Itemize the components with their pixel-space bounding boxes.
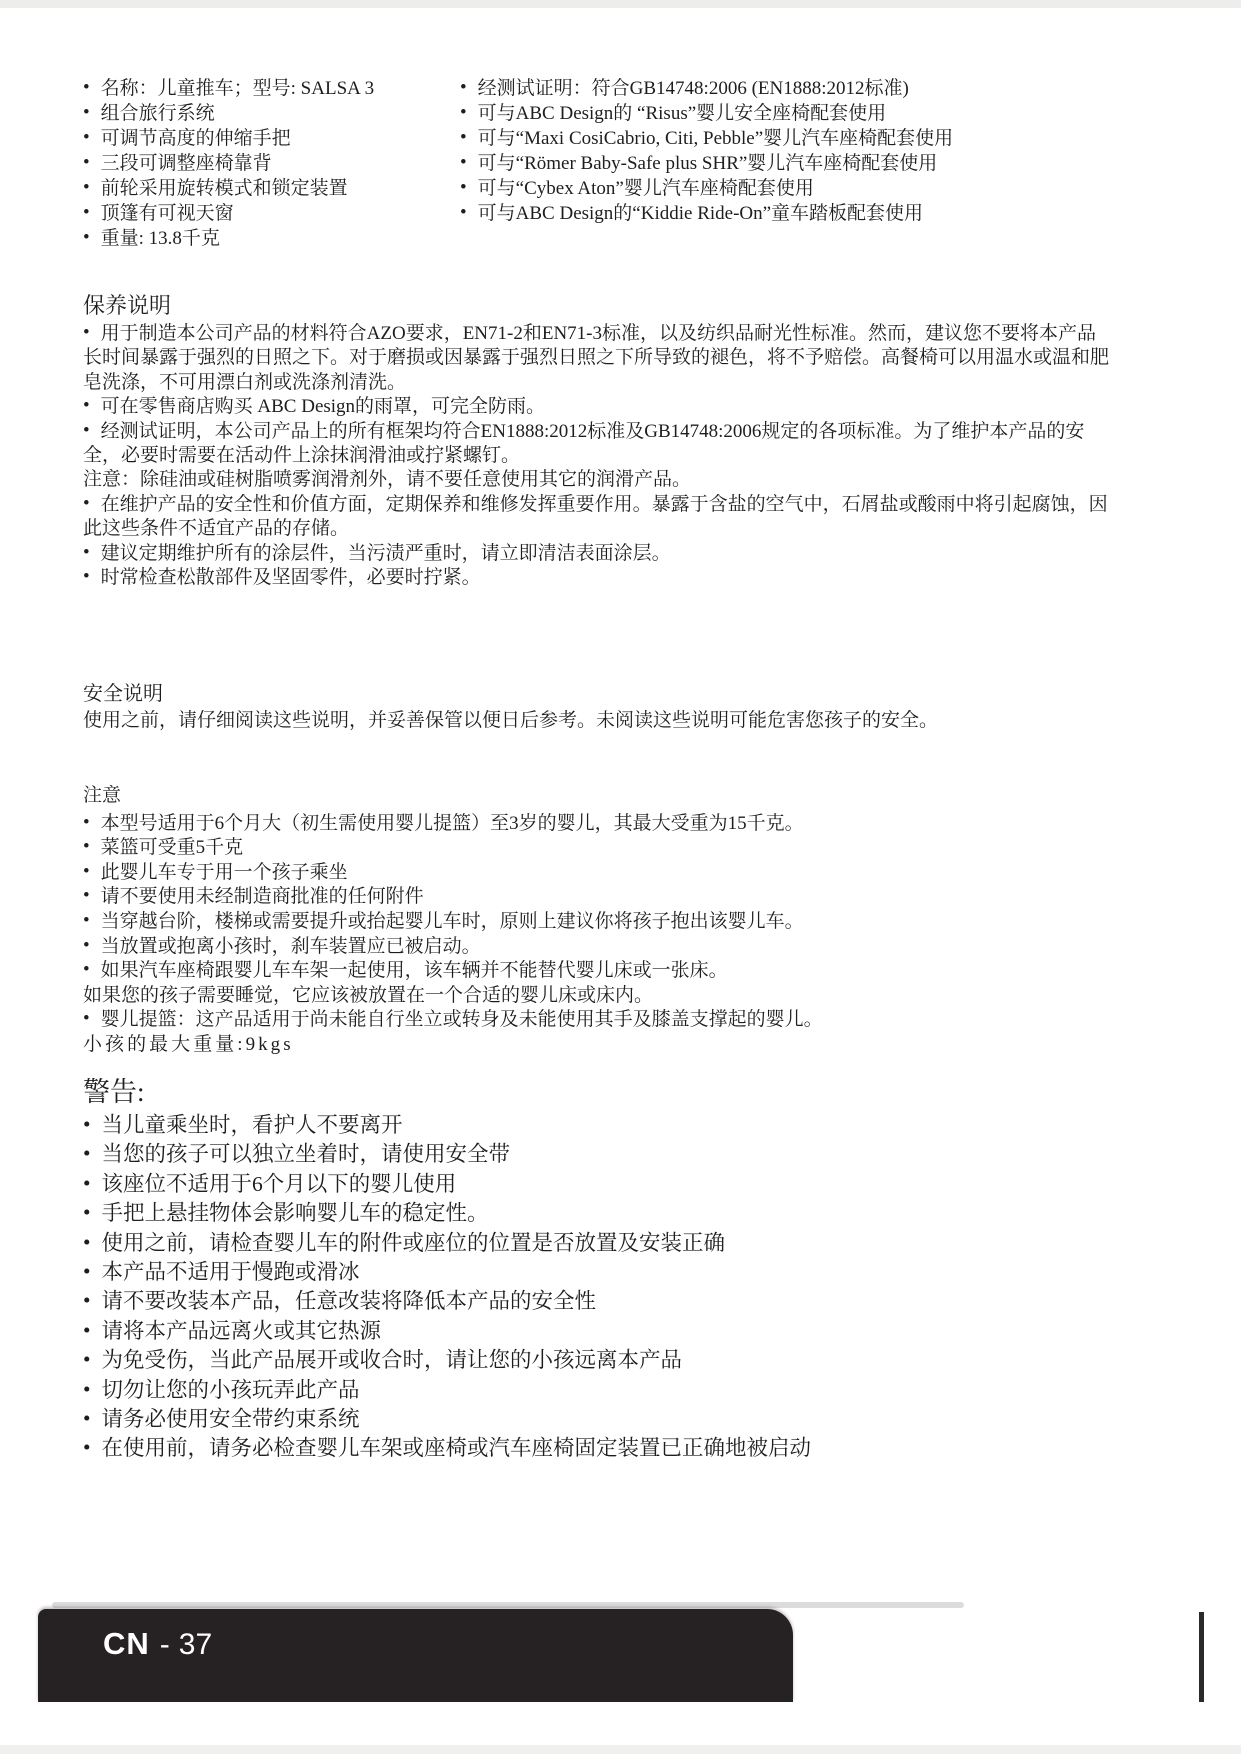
bullet-icon: • <box>460 75 467 100</box>
bullet-icon: • <box>83 565 90 589</box>
bullet-icon: • <box>83 1169 91 1198</box>
list-item: •可与“Maxi CosiCabrio, Citi, Pebble”婴儿汽车座椅… <box>460 126 1113 151</box>
list-item-text: 时常检查松散部件及坚固零件，必要时拧紧。 <box>101 567 481 588</box>
list-item-text: 可与“Cybex Aton”婴儿汽车座椅配套使用 <box>478 178 814 199</box>
list-item-text: 请将本产品远离火或其它热源 <box>102 1319 382 1343</box>
safety-title: 安全说明 <box>83 682 1113 707</box>
list-item-text: 当穿越台阶，楼梯或需要提升或抬起婴儿车时，原则上建议你将孩子抱出该婴儿车。 <box>101 911 804 932</box>
bullet-icon: • <box>83 321 90 345</box>
scan-edge-top <box>0 0 1241 8</box>
list-item: •三段可调整座椅靠背 <box>83 151 460 176</box>
bullet-icon: • <box>460 100 467 125</box>
list-item-text: 小孩的最大重量:9kgs <box>83 1034 294 1055</box>
list-item: •为免受伤，当此产品展开或收合时，请让您的小孩远离本产品 <box>83 1346 1113 1375</box>
list-item: •当穿越台阶，楼梯或需要提升或抬起婴儿车时，原则上建议你将孩子抱出该婴儿车。 <box>83 910 1113 935</box>
bullet-icon: • <box>83 492 90 516</box>
list-item-text: 菜篮可受重5千克 <box>101 837 244 858</box>
bullet-icon: • <box>460 150 467 175</box>
list-item-text: 请不要改装本产品，任意改装将降低本产品的安全性 <box>102 1289 597 1313</box>
safety-section: 安全说明 使用之前，请仔细阅读这些说明，并妥善保管以便日后参考。未阅读这些说明可… <box>83 682 1113 733</box>
list-item: •可与“Römer Baby-Safe plus SHR”婴儿汽车座椅配套使用 <box>460 151 1113 176</box>
list-item: •请不要使用未经制造商批准的任何附件 <box>83 885 1113 910</box>
list-item-text: 可在零售商店购买 ABC Design的雨罩，可完全防雨。 <box>101 396 545 417</box>
notice-list: •本型号适用于6个月大（初生需使用婴儿提篮）至3岁的婴儿，其最大受重为15千克。… <box>83 812 1113 1058</box>
bullet-icon: • <box>460 200 467 225</box>
bullet-icon: • <box>83 1404 91 1433</box>
list-item-text: 请务必使用安全带约束系统 <box>102 1407 360 1431</box>
notice-section: 注意 •本型号适用于6个月大（初生需使用婴儿提篮）至3岁的婴儿，其最大受重为15… <box>83 784 1113 1058</box>
bullet-icon: • <box>83 419 90 443</box>
footer-separator: - <box>160 1628 170 1661</box>
maintenance-list: •用于制造本公司产品的材料符合AZO要求，EN71-2和EN71-3标准，以及纺… <box>83 322 1113 590</box>
bullet-icon: • <box>83 1110 91 1139</box>
list-item: •请务必使用安全带约束系统 <box>83 1405 1113 1434</box>
bullet-icon: • <box>83 394 90 418</box>
footer-bar-shadow <box>52 1602 964 1608</box>
bullet-icon: • <box>83 1375 91 1404</box>
list-item-text: 名称：儿童推车；型号: SALSA 3 <box>101 78 374 99</box>
bullet-icon: • <box>83 200 90 225</box>
spec-list-left: •名称：儿童推车；型号: SALSA 3•组合旅行系统•可调节高度的伸缩手把•三… <box>83 76 460 251</box>
footer-page-tab: CN-37 <box>38 1609 793 1702</box>
list-item: •此婴儿车专于用一个孩子乘坐 <box>83 861 1113 886</box>
footer-page-number: 37 <box>179 1628 212 1661</box>
list-item: •如果汽车座椅跟婴儿车车架一起使用，该车辆并不能替代婴儿床或一张床。 <box>83 959 1113 984</box>
bullet-icon: • <box>83 1139 91 1168</box>
list-item-text: 注意：除硅油或硅树脂喷雾润滑剂外，请不要任意使用其它的润滑产品。 <box>83 469 691 490</box>
list-item: •组合旅行系统 <box>83 101 460 126</box>
list-item: •本型号适用于6个月大（初生需使用婴儿提篮）至3岁的婴儿，其最大受重为15千克。 <box>83 812 1113 837</box>
list-item: •当放置或抱离小孩时，刹车装置应已被启动。 <box>83 935 1113 960</box>
list-item: •请不要改装本产品，任意改装将降低本产品的安全性 <box>83 1287 1113 1316</box>
list-item-text: 在维护产品的安全性和价值方面，定期保养和维修发挥重要作用。暴露于含盐的空气中，石… <box>83 494 1108 539</box>
list-item-text: 使用之前，请检查婴儿车的附件或座位的位置是否放置及安装正确 <box>102 1231 726 1255</box>
bullet-icon: • <box>83 150 90 175</box>
list-item: •用于制造本公司产品的材料符合AZO要求，EN71-2和EN71-3标准，以及纺… <box>83 322 1113 395</box>
bullet-icon: • <box>83 884 90 909</box>
list-item-text: 可与“Römer Baby-Safe plus SHR”婴儿汽车座椅配套使用 <box>478 153 938 174</box>
product-spec-lists: •名称：儿童推车；型号: SALSA 3•组合旅行系统•可调节高度的伸缩手把•三… <box>83 76 1113 251</box>
list-item-text: 当放置或抱离小孩时，刹车装置应已被启动。 <box>101 936 481 957</box>
list-item: •经测试证明，本公司产品上的所有框架均符合EN1888:2012标准及GB147… <box>83 420 1113 469</box>
spec-list-right: •经测试证明：符合GB14748:2006 (EN1888:2012标准)•可与… <box>460 76 1113 251</box>
list-item-text: 婴儿提篮：这产品适用于尚未能自行坐立或转身及未能使用其手及膝盖支撑起的婴儿。 <box>101 1009 823 1030</box>
scan-edge-bottom <box>0 1745 1241 1754</box>
bullet-icon: • <box>83 1257 91 1286</box>
list-item-text: 顶篷有可视天窗 <box>101 203 234 224</box>
list-item: •菜篮可受重5千克 <box>83 836 1113 861</box>
bullet-icon: • <box>83 860 90 885</box>
bullet-icon: • <box>83 909 90 934</box>
list-item-text: 本型号适用于6个月大（初生需使用婴儿提篮）至3岁的婴儿，其最大受重为15千克。 <box>101 813 804 834</box>
warning-section: 警告: •当儿童乘坐时，看护人不要离开•当您的孩子可以独立坐着时，请使用安全带•… <box>83 1076 1113 1464</box>
warning-list: •当儿童乘坐时，看护人不要离开•当您的孩子可以独立坐着时，请使用安全带•该座位不… <box>83 1111 1113 1464</box>
bullet-icon: • <box>83 1316 91 1345</box>
list-item-text: 请不要使用未经制造商批准的任何附件 <box>101 886 424 907</box>
list-item: •时常检查松散部件及坚固零件，必要时拧紧。 <box>83 566 1113 590</box>
list-item: •顶篷有可视天窗 <box>83 201 460 226</box>
list-item: •该座位不适用于6个月以下的婴儿使用 <box>83 1170 1113 1199</box>
list-item: •可调节高度的伸缩手把 <box>83 126 460 151</box>
list-item-text: 本产品不适用于慢跑或滑冰 <box>102 1260 360 1284</box>
list-item-text: 如果您的孩子需要睡觉，它应该被放置在一个合适的婴儿床或床内。 <box>83 985 653 1006</box>
bullet-icon: • <box>83 75 90 100</box>
list-item: •名称：儿童推车；型号: SALSA 3 <box>83 76 460 101</box>
list-item-text: 重量: 13.8千克 <box>101 228 220 249</box>
list-item: •在使用前，请务必检查婴儿车架或座椅或汽车座椅固定装置已正确地被启动 <box>83 1434 1113 1463</box>
list-item-text: 为免受伤，当此产品展开或收合时，请让您的小孩远离本产品 <box>102 1348 683 1372</box>
footer-language-code: CN <box>103 1626 150 1661</box>
list-item-text: 可与ABC Design的“Kiddie Ride-On”童车踏板配套使用 <box>478 203 923 224</box>
notice-title: 注意 <box>83 784 1113 809</box>
bullet-icon: • <box>83 958 90 983</box>
list-item: •当您的孩子可以独立坐着时，请使用安全带 <box>83 1140 1113 1169</box>
maintenance-title: 保养说明 <box>83 292 1113 319</box>
list-item: •在维护产品的安全性和价值方面，定期保养和维修发挥重要作用。暴露于含盐的空气中，… <box>83 493 1113 542</box>
list-item-text: 此婴儿车专于用一个孩子乘坐 <box>101 862 348 883</box>
list-item: •前轮采用旋转模式和锁定装置 <box>83 176 460 201</box>
bullet-icon: • <box>460 125 467 150</box>
list-item: •切勿让您的小孩玩弄此产品 <box>83 1376 1113 1405</box>
list-item-text: 可调节高度的伸缩手把 <box>101 128 291 149</box>
bullet-icon: • <box>83 125 90 150</box>
list-item-text: 切勿让您的小孩玩弄此产品 <box>102 1378 360 1402</box>
bullet-icon: • <box>83 1228 91 1257</box>
bullet-icon: • <box>83 1345 91 1374</box>
list-item-text: 当儿童乘坐时，看护人不要离开 <box>102 1113 403 1137</box>
list-item: •可与“Cybex Aton”婴儿汽车座椅配套使用 <box>460 176 1113 201</box>
bullet-icon: • <box>83 225 90 250</box>
safety-body: 使用之前，请仔细阅读这些说明，并妥善保管以便日后参考。未阅读这些说明可能危害您孩… <box>83 708 1113 733</box>
bullet-icon: • <box>83 835 90 860</box>
warning-title: 警告: <box>83 1076 1113 1108</box>
list-item-text: 前轮采用旋转模式和锁定装置 <box>101 178 348 199</box>
list-item: •手把上悬挂物体会影响婴儿车的稳定性。 <box>83 1199 1113 1228</box>
list-item-text: 当您的孩子可以独立坐着时，请使用安全带 <box>102 1142 511 1166</box>
bullet-icon: • <box>83 175 90 200</box>
list-item: 如果您的孩子需要睡觉，它应该被放置在一个合适的婴儿床或床内。 <box>83 984 1113 1009</box>
bullet-icon: • <box>83 1198 91 1227</box>
list-item-text: 手把上悬挂物体会影响婴儿车的稳定性。 <box>102 1201 489 1225</box>
bullet-icon: • <box>83 1433 91 1462</box>
list-item-text: 组合旅行系统 <box>101 103 215 124</box>
bullet-icon: • <box>83 1286 91 1315</box>
list-item: •可与ABC Design的“Kiddie Ride-On”童车踏板配套使用 <box>460 201 1113 226</box>
list-item-text: 如果汽车座椅跟婴儿车车架一起使用，该车辆并不能替代婴儿床或一张床。 <box>101 960 728 981</box>
page-edge-mark <box>1199 1612 1204 1702</box>
list-item: 小孩的最大重量:9kgs <box>83 1033 1113 1058</box>
list-item: •重量: 13.8千克 <box>83 226 460 251</box>
list-item: 注意：除硅油或硅树脂喷雾润滑剂外，请不要任意使用其它的润滑产品。 <box>83 468 1113 492</box>
bullet-icon: • <box>83 541 90 565</box>
list-item-text: 该座位不适用于6个月以下的婴儿使用 <box>102 1172 457 1196</box>
bullet-icon: • <box>460 175 467 200</box>
bullet-icon: • <box>83 811 90 836</box>
list-item-text: 可与ABC Design的 “Risus”婴儿安全座椅配套使用 <box>478 103 887 124</box>
list-item: •请将本产品远离火或其它热源 <box>83 1317 1113 1346</box>
bullet-icon: • <box>83 1007 90 1032</box>
list-item-text: 三段可调整座椅靠背 <box>101 153 272 174</box>
list-item: •使用之前，请检查婴儿车的附件或座位的位置是否放置及安装正确 <box>83 1229 1113 1258</box>
list-item-text: 可与“Maxi CosiCabrio, Citi, Pebble”婴儿汽车座椅配… <box>478 128 954 149</box>
list-item: •婴儿提篮：这产品适用于尚未能自行坐立或转身及未能使用其手及膝盖支撑起的婴儿。 <box>83 1008 1113 1033</box>
maintenance-section: 保养说明 •用于制造本公司产品的材料符合AZO要求，EN71-2和EN71-3标… <box>83 292 1113 590</box>
list-item: •可在零售商店购买 ABC Design的雨罩，可完全防雨。 <box>83 395 1113 419</box>
list-item-text: 用于制造本公司产品的材料符合AZO要求，EN71-2和EN71-3标准，以及纺织… <box>83 323 1109 393</box>
bullet-icon: • <box>83 100 90 125</box>
list-item: •建议定期维护所有的涂层件，当污渍严重时，请立即清洁表面涂层。 <box>83 542 1113 566</box>
list-item: •经测试证明：符合GB14748:2006 (EN1888:2012标准) <box>460 76 1113 101</box>
list-item-text: 建议定期维护所有的涂层件，当污渍严重时，请立即清洁表面涂层。 <box>101 543 671 564</box>
list-item-text: 经测试证明：符合GB14748:2006 (EN1888:2012标准) <box>478 78 909 99</box>
list-item-text: 在使用前，请务必检查婴儿车架或座椅或汽车座椅固定装置已正确地被启动 <box>102 1436 812 1460</box>
list-item: •本产品不适用于慢跑或滑冰 <box>83 1258 1113 1287</box>
list-item: •当儿童乘坐时，看护人不要离开 <box>83 1111 1113 1140</box>
bullet-icon: • <box>83 934 90 959</box>
list-item: •可与ABC Design的 “Risus”婴儿安全座椅配套使用 <box>460 101 1113 126</box>
list-item-text: 经测试证明，本公司产品上的所有框架均符合EN1888:2012标准及GB1474… <box>83 421 1084 466</box>
